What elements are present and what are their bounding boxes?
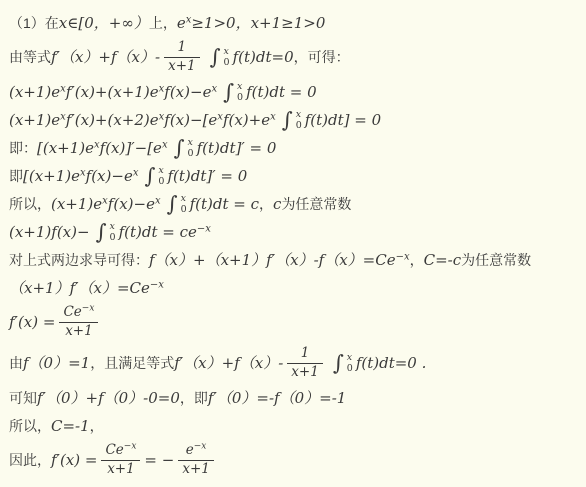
math-run: ≥1>0， <box>191 14 250 32</box>
integral-icon: ∫ <box>144 166 155 187</box>
superscript: −x <box>194 442 207 452</box>
integral-lower-limit: 0 <box>296 121 302 131</box>
math-run: x+1≥1>0 <box>251 14 326 32</box>
fraction-numerator: 1 <box>287 346 323 364</box>
integral-upper-limit: x <box>296 110 301 120</box>
text-run: 即 <box>9 168 23 184</box>
superscript: −x <box>150 279 164 290</box>
integral-upper-limit: x <box>224 47 229 57</box>
math-run: f(x)−e <box>86 167 133 185</box>
math-run: f′(x)+(x+1)e <box>66 83 159 101</box>
solution-line-1: （1）在x∈[0，+∞）上，ex≥1>0，x+1≥1>0 <box>9 9 582 37</box>
integral-limits: x0 <box>347 353 353 374</box>
integral-lower-limit: 0 <box>237 93 243 103</box>
math-run: f(t)dt]′ = 0 <box>197 139 277 157</box>
math-run: f(t)dt]′ = 0 <box>167 167 247 185</box>
integral-lower-limit: 0 <box>224 58 230 68</box>
text-run: ， <box>90 418 104 434</box>
math-run: f(x)]′−[e <box>100 139 162 157</box>
integral-lower-limit: 0 <box>188 149 194 159</box>
superscript: −x <box>124 442 137 452</box>
integral-upper-limit: x <box>110 222 115 232</box>
fraction: 1x+1 <box>164 40 200 74</box>
text-run: ，且满足等式 <box>90 355 174 371</box>
solution-line-2: 由等式f′（x）+f（x）-1x+1∫x0f(t)dt=0，可得： <box>9 37 582 78</box>
fraction-numerator: e−x <box>178 443 214 461</box>
math-run: f′(x) = <box>51 451 97 469</box>
math-run: f′(x) = <box>9 313 55 331</box>
fraction-denominator: x+1 <box>101 461 140 478</box>
fraction-denominator: x+1 <box>287 364 323 381</box>
math-run: f(x)−e <box>108 195 155 213</box>
text-run: 为任意常数 <box>461 252 531 268</box>
solution-line-8: (x+1)f(x)−∫x0f(t)dt = ce−x <box>9 218 582 246</box>
math-run: = − <box>144 451 174 469</box>
fraction-denominator: x+1 <box>178 461 214 478</box>
math-run: Ce <box>105 442 123 458</box>
solution-line-10: （x+1）f′（x）=Ce−x <box>9 274 582 302</box>
integral-limits: x0 <box>110 222 116 243</box>
integral-icon: ∫ <box>333 353 344 374</box>
math-run: f′（0）=-f（0）=-1 <box>208 389 346 407</box>
fraction: e−xx+1 <box>178 443 214 477</box>
math-run: f(t)dt=0 <box>356 354 417 372</box>
math-run: Ce <box>63 304 81 320</box>
fraction: Ce−xx+1 <box>59 305 98 339</box>
math-run: C=-c <box>424 251 462 269</box>
integral: ∫x0 <box>144 166 164 187</box>
integral-icon: ∫ <box>282 110 293 131</box>
text-run: 由 <box>9 355 23 371</box>
math-run: C=-1 <box>51 417 90 435</box>
math-run: (x+1)e <box>9 83 60 101</box>
math-run: （x+1）f′（x）=Ce <box>9 279 150 297</box>
text-run: ， <box>259 196 273 212</box>
fraction-denominator: x+1 <box>164 58 200 75</box>
integral-limits: x0 <box>224 47 230 68</box>
math-run: f（x）+（x+1）f′（x）-f（x）=Ce <box>149 251 396 269</box>
text-run: ， <box>410 252 424 268</box>
superscript: −x <box>396 251 410 262</box>
fraction-numerator: 1 <box>164 40 200 58</box>
text-run: ，可得： <box>294 49 350 65</box>
math-run: (x+1)e <box>9 111 60 129</box>
integral-upper-limit: x <box>347 353 352 363</box>
fraction-denominator: x+1 <box>59 323 98 340</box>
text-run: 为任意常数 <box>281 196 351 212</box>
integral: ∫x0 <box>174 138 194 159</box>
integral-lower-limit: 0 <box>110 233 116 243</box>
math-run: [(x+1)e <box>37 139 94 157</box>
math-run: f(x)−e <box>164 83 211 101</box>
text-run: ，即 <box>180 390 208 406</box>
text-run: 所以， <box>9 196 51 212</box>
solution-line-14: 所以，C=-1， <box>9 412 582 440</box>
math-run: e <box>186 442 194 458</box>
integral-icon: ∫ <box>174 138 185 159</box>
fraction: Ce−xx+1 <box>101 443 140 477</box>
integral-icon: ∫ <box>96 222 107 243</box>
integral-limits: x0 <box>188 138 194 159</box>
math-run: (x+1)e <box>51 195 102 213</box>
integral-upper-limit: x <box>237 82 242 92</box>
integral: ∫x0 <box>210 47 230 68</box>
math-run: f(t)dt = 0 <box>246 83 317 101</box>
integral-upper-limit: x <box>188 138 193 148</box>
math-run: f′（x）+f（x）- <box>51 48 160 66</box>
integral-limits: x0 <box>158 166 164 187</box>
integral-upper-limit: x <box>181 194 186 204</box>
math-run: f(t)dt = c <box>190 195 259 213</box>
solution-line-6: 即[(x+1)exf(x)−ex∫x0f(t)dt]′ = 0 <box>9 162 582 190</box>
integral-icon: ∫ <box>210 47 221 68</box>
document-page: （1）在x∈[0，+∞）上，ex≥1>0，x+1≥1>0 由等式f′（x）+f（… <box>0 0 586 487</box>
integral: ∫x0 <box>96 222 116 243</box>
math-run: f(t)dt = ce <box>119 223 197 241</box>
text-run: 对上式两边求导可得： <box>9 252 149 268</box>
solution-line-15: 因此，f′(x) =Ce−xx+1= −e−xx+1 <box>9 440 582 481</box>
integral-lower-limit: 0 <box>181 205 187 215</box>
solution-line-3: (x+1)exf′(x)+(x+1)exf(x)−ex∫x0f(t)dt = 0 <box>9 78 582 106</box>
solution-line-12: 由f（0）=1，且满足等式f′（x）+f（x）-1x+1∫x0f(t)dt=0 … <box>9 343 582 384</box>
superscript: −x <box>197 223 211 234</box>
math-run: x∈[0，+∞） <box>59 14 149 32</box>
integral-upper-limit: x <box>158 166 163 176</box>
math-run: f′（0）+f（0）-0=0 <box>37 389 180 407</box>
math-run: f(t)dt] = 0 <box>305 111 381 129</box>
text-run: 上， <box>149 15 177 31</box>
superscript: x <box>155 195 161 206</box>
integral-limits: x0 <box>296 110 302 131</box>
math-run: f′（x）+f（x）- <box>174 354 283 372</box>
integral: ∫x0 <box>333 353 353 374</box>
integral: ∫x0 <box>223 82 243 103</box>
text-run: 因此， <box>9 452 51 468</box>
text-run: 即： <box>9 140 37 156</box>
superscript: x <box>270 111 276 122</box>
integral: ∫x0 <box>282 110 302 131</box>
integral-icon: ∫ <box>167 194 178 215</box>
math-run: (x+1)f(x)− <box>9 223 90 241</box>
math-run: f(x)+e <box>223 111 270 129</box>
solution-line-13: 可知f′（0）+f（0）-0=0，即f′（0）=-f（0）=-1 <box>9 384 582 412</box>
text-run: 由等式 <box>9 49 51 65</box>
integral-icon: ∫ <box>223 82 234 103</box>
solution-line-11: f′(x) =Ce−xx+1 <box>9 302 582 343</box>
superscript: x <box>133 167 139 178</box>
solution-line-5: 即：[(x+1)exf(x)]′−[ex∫x0f(t)dt]′ = 0 <box>9 134 582 162</box>
integral-lower-limit: 0 <box>347 364 353 374</box>
text-run: 可知 <box>9 390 37 406</box>
fraction: 1x+1 <box>287 346 323 380</box>
solution-line-4: (x+1)exf′(x)+(x+2)exf(x)−[exf(x)+ex∫x0f(… <box>9 106 582 134</box>
superscript: x <box>162 139 168 150</box>
superscript: −x <box>82 304 95 314</box>
math-run: f(t)dt=0 <box>233 48 294 66</box>
solution-line-9: 对上式两边求导可得：f（x）+（x+1）f′（x）-f（x）=Ce−x，C=-c… <box>9 246 582 274</box>
text-run: 所以， <box>9 418 51 434</box>
text-run: （1）在 <box>9 15 59 31</box>
math-run: [(x+1)e <box>23 167 80 185</box>
math-run: f′(x)+(x+2)e <box>66 111 159 129</box>
superscript: x <box>211 83 217 94</box>
solution-line-7: 所以，(x+1)exf(x)−ex∫x0f(t)dt = c，c为任意常数 <box>9 190 582 218</box>
math-run: f(x)−[e <box>164 111 217 129</box>
math-run: e <box>177 14 186 32</box>
integral-limits: x0 <box>181 194 187 215</box>
math-run: . <box>417 354 427 372</box>
fraction-numerator: Ce−x <box>59 305 98 323</box>
fraction-numerator: Ce−x <box>101 443 140 461</box>
integral-lower-limit: 0 <box>158 177 164 187</box>
integral: ∫x0 <box>167 194 187 215</box>
math-run: f（0）=1 <box>23 354 90 372</box>
integral-limits: x0 <box>237 82 243 103</box>
